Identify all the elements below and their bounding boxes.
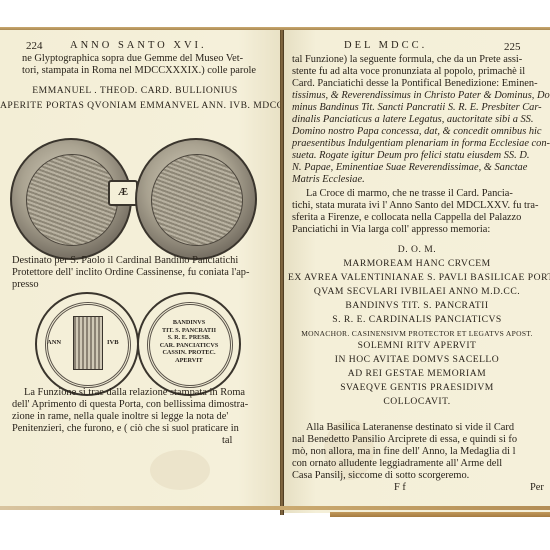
text-line: Protettore dell' inclito Ordine Cassinen… bbox=[12, 267, 249, 280]
medal-field-text: ANN bbox=[47, 339, 61, 346]
medal-connector: Æ bbox=[108, 180, 138, 206]
text-line: sueta. Rogate igitur Deum pro felici sta… bbox=[292, 150, 529, 163]
inscription-line: EX AVREA VALENTINIANAE S. PAVLI BASILICA… bbox=[288, 272, 550, 285]
inscription-line: SOLEMNI RITV APERVIT bbox=[284, 340, 550, 353]
text-line: Card. Panciatichi desse la Pontifical Be… bbox=[292, 78, 538, 91]
right-page: DEL MDCC. 225 tal Funzione) la seguente … bbox=[284, 30, 550, 513]
running-head: DEL MDCC. bbox=[344, 40, 427, 51]
text-line: ne Glyptographica sopra due Gemme del Mu… bbox=[22, 53, 243, 66]
text-line: zione in rame, nella quale inoltre si le… bbox=[12, 411, 228, 424]
inscription-line: BANDINVS TIT. S. PANCRATII bbox=[284, 300, 550, 313]
inscription-line: SVAEQVE GENTIS PRAESIDIVM bbox=[284, 382, 550, 395]
inscription-line: EMMANUEL . THEOD. CARD. BULLIONIUS bbox=[0, 85, 270, 98]
text-line: mò, non allora, ma in fine dell' Anno, l… bbox=[292, 446, 516, 459]
medal-text-line: BANDINVS bbox=[153, 319, 225, 327]
inscription-line: D. O. M. bbox=[284, 244, 550, 257]
text-line: Panciatichi in Via larga coll' appresso … bbox=[292, 224, 490, 237]
inscription-line: APERITE PORTAS QVONIAM EMMANVEL ANN. IVB… bbox=[0, 100, 270, 113]
text-line: presso bbox=[12, 279, 39, 292]
text-line: con ornato alludente leggiadramente all'… bbox=[292, 458, 502, 471]
text-line: tissimus, & Reverendissimus in Christo P… bbox=[292, 90, 550, 103]
text-line: Domino nostro Papa concessa, dat, & conc… bbox=[292, 126, 542, 139]
text-line: tori, stampata in Roma nel MDCCXXXIX.) c… bbox=[22, 65, 256, 78]
text-line: Alla Basilica Lateranense destinato si v… bbox=[306, 422, 514, 435]
inscription-line: IN HOC AVITAE DOMVS SACELLO bbox=[284, 354, 550, 367]
medal-obverse-holy-door: ANN IVB bbox=[35, 292, 139, 396]
text-line: La Funzione si trae dalla relazione stam… bbox=[24, 387, 245, 400]
book-cover-edge bbox=[330, 512, 550, 517]
text-line: minus Bandinus Tit. Sancti Pancratii S. … bbox=[292, 102, 542, 115]
text-line: praesentibus Indulgentiam plenariam in f… bbox=[292, 138, 550, 151]
open-book: 224 ANNO SANTO XVI. ne Glyptographica so… bbox=[0, 0, 550, 550]
medal-reverse-text: BANDINVS TIT. S. PANCRATII S. R. E. PRES… bbox=[153, 319, 225, 365]
medal-text-line: CAR. PANCIATICVS bbox=[153, 342, 225, 350]
scene-engraving bbox=[151, 154, 243, 246]
running-head: ANNO SANTO XVI. bbox=[70, 40, 207, 51]
text-line: La Croce di marmo, che ne trasse il Card… bbox=[306, 188, 513, 201]
medal-text-line: S. R. E. PRESB. bbox=[153, 334, 225, 342]
paper-stain bbox=[150, 450, 210, 490]
catchword: tal bbox=[222, 435, 232, 448]
medal-text-line: APERVIT bbox=[153, 357, 225, 365]
text-line: dell' Aprimento di questa Porta, con bel… bbox=[12, 399, 248, 412]
medal-field-text: IVB bbox=[107, 339, 119, 346]
medal-reverse-inscription: BANDINVS TIT. S. PANCRATII S. R. E. PRES… bbox=[137, 292, 241, 396]
left-page: 224 ANNO SANTO XVI. ne Glyptographica so… bbox=[0, 30, 280, 508]
holy-door-engraving bbox=[73, 316, 103, 370]
text-line: tal Funzione) la seguente formula, che d… bbox=[292, 54, 522, 67]
text-line: Casa Pansilj, siccome di sotto scorgerem… bbox=[292, 470, 469, 483]
text-line: Destinato per S. Paolo il Cardinal Bandi… bbox=[12, 255, 238, 268]
medal-text-line: TIT. S. PANCRATII bbox=[153, 327, 225, 335]
text-line: Penitenzieri, che furono, e ( ciò che si… bbox=[12, 423, 239, 436]
text-line: tichi, stata murata ivi l' Anno Santo de… bbox=[292, 200, 538, 213]
inscription-line: MARMOREAM HANC CRVCEM bbox=[284, 258, 550, 271]
inscription-line: MONACHOR. CASINENSIVM PROTECTOR ET LEGAT… bbox=[284, 328, 550, 341]
signature-mark: F f bbox=[394, 482, 406, 495]
page-number: 225 bbox=[504, 41, 521, 53]
inscription-line: COLLOCAVIT. bbox=[284, 396, 550, 409]
text-line: sferita a Firenze, e collocata nella Cap… bbox=[292, 212, 521, 225]
portrait-engraving bbox=[26, 154, 118, 246]
medal-text-line: CASSIN. PROTEC. bbox=[153, 349, 225, 357]
book-bottom-edge bbox=[0, 506, 550, 510]
text-line: dinalis Panciaticus a latere Legatus, au… bbox=[292, 114, 533, 127]
inscription-line: AD REI GESTAE MEMORIAM bbox=[284, 368, 550, 381]
text-line: stente fu ad alta voce pronunziata al po… bbox=[292, 66, 525, 79]
medal-reverse-scene bbox=[135, 138, 257, 260]
inscription-line: QVAM SECVLARI IVBILAEI ANNO M.D.CC. bbox=[284, 286, 550, 299]
text-line: nal Benedetto Pansilio Arciprete di essa… bbox=[292, 434, 517, 447]
page-number: 224 bbox=[26, 40, 43, 52]
text-line: N. Papae, Eminentiae Suae Reverendissima… bbox=[292, 162, 527, 175]
catchword: Per bbox=[530, 482, 544, 495]
inscription-line: S. R. E. CARDINALIS PANCIATICVS bbox=[284, 314, 550, 327]
text-line: Matris Ecclesiae. bbox=[292, 174, 365, 187]
